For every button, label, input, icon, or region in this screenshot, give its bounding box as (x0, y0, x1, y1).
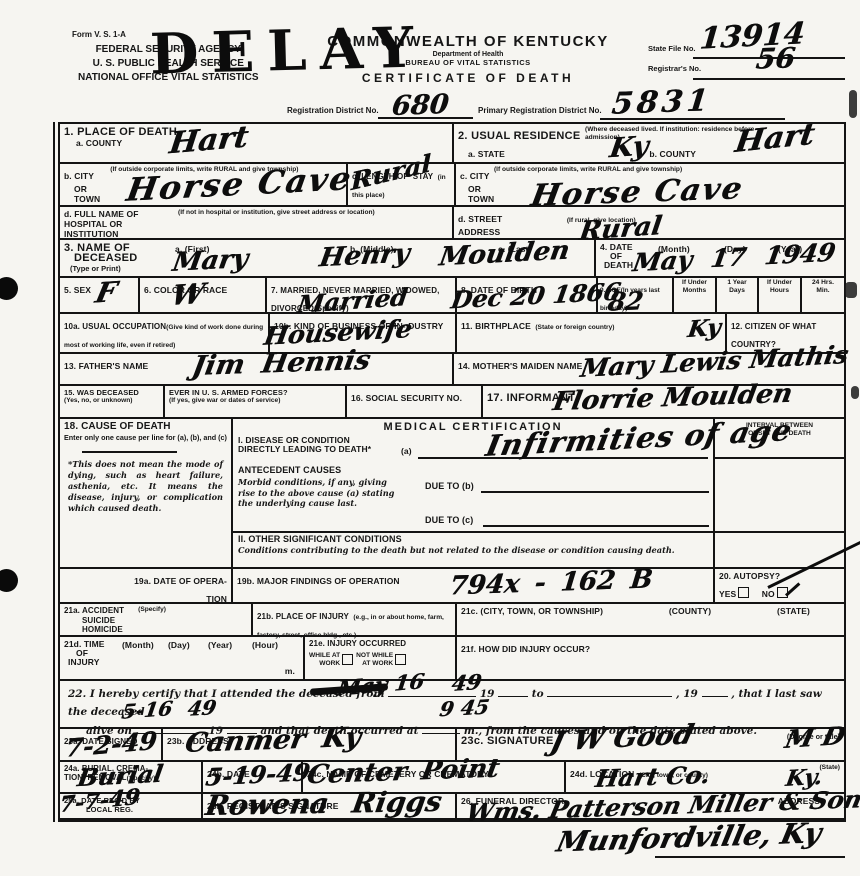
field-cause-of-death: 18. CAUSE OF DEATH Enter only one cause … (60, 419, 233, 567)
interval-rule-1 (715, 457, 844, 459)
other-conditions-note: Conditions contributing to the death but… (238, 545, 708, 555)
hw-signature: J W Good (548, 721, 696, 755)
age-c4a: 24 Hrs. (803, 279, 843, 287)
hw-certify-alive-date: 5-16 (120, 698, 174, 721)
certify-blank-y2 (702, 688, 728, 697)
death-certificate-scan: Form V. S. 1-A FEDERAL SECURITY AGENCY U… (0, 0, 860, 876)
street-address-label: d. STREET (458, 214, 502, 224)
punch-hole-top (0, 277, 18, 300)
not-while-1: NOT WHILE (356, 652, 393, 660)
form-number: Form V. S. 1-A (72, 30, 126, 39)
age-c3b: Hours (760, 287, 799, 295)
toi-year: (Year) (208, 640, 232, 650)
hw-cemetery-name: Center Point (305, 756, 501, 789)
hw-birthplace: Ky (686, 316, 722, 341)
hw-last-name: Moulden (437, 238, 571, 271)
city-of-death-label: b. CITY (64, 171, 94, 181)
toi-hour: (Hour) (252, 640, 278, 650)
toi-m: m. (285, 666, 295, 676)
certify-blank-to (547, 688, 672, 697)
age-c1b: Months (675, 287, 714, 295)
hw-funeral-director-address: Munfordville, Ky (554, 819, 824, 856)
not-while-2: AT WORK (356, 660, 393, 668)
dod-title-3: DEATH (604, 260, 633, 270)
scan-smudge-3 (851, 386, 859, 399)
form-row-11: 21a. ACCIDENT SUICIDE HOMICIDE (Specify)… (60, 604, 844, 637)
delay-stamp: DELAY (149, 14, 427, 87)
residence-city-label: c. CITY (460, 171, 490, 181)
hw-middle-name: Henry (317, 241, 411, 272)
autopsy-yes-checkbox (738, 587, 749, 598)
registrar-no-label: Registrar's No. (648, 64, 701, 73)
hw-residence-city: Horse Cave (529, 174, 746, 211)
armed-forces-label: EVER IN U. S. ARMED FORCES? (169, 388, 341, 397)
was-deceased-label: 15. WAS DECEASED (64, 388, 159, 397)
hospital-label-1: d. FULL NAME OF (64, 209, 139, 219)
field-how-injury-occurred: 21f. HOW DID INJURY OCCUR? (457, 637, 844, 679)
injury-city-label: 21c. (CITY, TOWN, OR TOWNSHIP) (461, 606, 603, 616)
bottom-stray-rule (655, 856, 845, 858)
hw-date-signed: 7-2-49 (64, 728, 158, 761)
ssn-label: 16. SOCIAL SECURITY NO. (351, 393, 462, 403)
age-c3a: If Under (760, 279, 799, 287)
operation-date-label: 19a. DATE OF OPERA- (134, 576, 227, 586)
disease-label-2: DIRECTLY LEADING TO DEATH* (238, 444, 371, 454)
primary-district-number: 5831 (610, 86, 713, 119)
signature-label: 23c. SIGNATURE (461, 735, 554, 747)
toi-month: (Month) (122, 640, 154, 650)
autopsy-yes-label: YES (719, 589, 736, 599)
registration-district-number: 680 (390, 91, 449, 120)
injury-occurred-label: 21e. INJURY OCCURRED (309, 639, 451, 649)
county-of-death-label: a. COUNTY (76, 138, 448, 148)
field-was-deceased: 15. WAS DECEASED (Yes, no, or unknown) (60, 386, 165, 417)
hw-marital-status: Married (296, 285, 409, 317)
form-row-3: d. FULL NAME OF HOSPITAL OR INSTITUTION … (60, 207, 844, 240)
not-while-at-work-checkbox (395, 654, 406, 665)
ash-labels: 21a. ACCIDENT SUICIDE HOMICIDE (64, 606, 124, 635)
scan-smudge-2 (845, 282, 857, 298)
hw-residence-state: Ky (608, 133, 650, 163)
ash-note: (Specify) (138, 606, 166, 635)
place-of-injury-label: 21b. PLACE OF INJURY (257, 612, 349, 621)
due-to-c-label: DUE TO (c) (425, 515, 473, 526)
field-age-days: 1 Year Days (717, 278, 759, 312)
place-of-death-title: 1. PLACE OF DEATH (64, 126, 448, 138)
certify-to: to (532, 688, 544, 700)
ash-label-1: 21a. ACCIDENT (64, 606, 124, 616)
while-at-work-label: WHILE AT WORK (309, 652, 340, 668)
cause-note1: Enter only one cause per line for (a), (… (64, 434, 227, 443)
hw-certify-from-year: 49 (450, 671, 483, 694)
armed-forces-note: (If yes, give war or dates of service) (169, 397, 341, 405)
age-c4b: Min. (803, 287, 843, 295)
ash-label-3: HOMICIDE (82, 625, 124, 635)
age-c1a: If Under (675, 279, 714, 287)
residence-county-label: b. COUNTY (649, 149, 696, 159)
cause-title: 18. CAUSE OF DEATH (64, 421, 227, 433)
residence-state-label: a. STATE (468, 149, 505, 159)
field-date-of-operation: 19a. DATE OF OPERA- TION (60, 569, 233, 602)
birthplace-label: 11. BIRTHPLACE (461, 321, 531, 331)
hw-certify-time: 9 45 (438, 697, 490, 720)
disease-a-tag: (a) (401, 446, 412, 456)
father-name-label: 13. FATHER'S NAME (64, 361, 148, 371)
mother-name-label: 14. MOTHER'S MAIDEN NAME (458, 361, 582, 371)
field-age-months: If Under Months (674, 278, 717, 312)
while-at-work-1: WHILE AT (309, 652, 340, 660)
hw-color-race: W (169, 280, 207, 310)
certify-19-2: , 19 (676, 688, 698, 700)
other-conditions-block: II. OTHER SIGNIFICANT CONDITIONS Conditi… (233, 531, 713, 556)
hospital-label-3: INSTITUTION (64, 229, 118, 239)
interval-rule-2 (715, 531, 844, 533)
primary-district-label: Primary Registration District No. (478, 106, 602, 115)
due-to-c-rule (483, 525, 709, 527)
hw-street-address: Rural (578, 213, 664, 245)
hw-signature-degree: M D (783, 723, 847, 752)
field-autopsy: 20. AUTOPSY? YES NO (715, 569, 844, 602)
field-armed-forces: EVER IN U. S. ARMED FORCES? (If yes, giv… (165, 386, 347, 417)
morbid-note: Morbid conditions, if any, giving rise t… (238, 477, 406, 509)
while-at-work-checkbox (342, 654, 353, 665)
other-conditions-title: II. OTHER SIGNIFICANT CONDITIONS (238, 534, 708, 545)
field-injury-location: 21c. (CITY, TOWN, OR TOWNSHIP) (COUNTY) … (457, 604, 844, 635)
was-deceased-note: (Yes, no, or unknown) (64, 397, 159, 405)
cause-divider (82, 451, 177, 453)
ash-label-2: SUICIDE (82, 616, 124, 626)
not-while-at-work-label: NOT WHILE AT WORK (356, 652, 393, 668)
how-injury-label: 21f. HOW DID INJURY OCCUR? (461, 644, 590, 654)
hw-age: 82 (606, 288, 645, 314)
major-findings-label: 19b. MAJOR FINDINGS OF OPERATION (237, 576, 400, 586)
name-sub: (Type or Print) (70, 264, 121, 273)
hw-signer-address: Canmer Ky (183, 724, 363, 757)
occupation-label: 10a. USUAL OCCUPATION (64, 322, 166, 331)
due-to-b-rule (481, 491, 709, 493)
field-ssn: 16. SOCIAL SECURITY NO. (347, 386, 483, 417)
injury-state-label: (STATE) (777, 606, 810, 616)
field-age-min: 24 Hrs. Min. (802, 278, 844, 312)
hw-burial-date: 5-19-49 (204, 760, 311, 789)
antecedent-label: ANTECEDENT CAUSES (238, 465, 341, 476)
hw-registrar-signature: Rowena Riggs (203, 788, 443, 820)
hw-first-name: Mary (171, 246, 250, 276)
hospital-note: (If not in hospital or institution, give… (178, 209, 428, 240)
sex-label: 5. SEX (64, 285, 91, 295)
state-file-label: State File No. (648, 44, 696, 53)
birthplace-note: (State or foreign country) (535, 324, 614, 331)
field-hospital-name: d. FULL NAME OF HOSPITAL OR INSTITUTION … (60, 207, 454, 238)
due-to-b-label: DUE TO (b) (425, 481, 474, 492)
hw-county-of-death: Hart (168, 123, 250, 160)
certify-blank-y1 (498, 688, 528, 697)
field-accident-suicide-homicide: 21a. ACCIDENT SUICIDE HOMICIDE (Specify) (60, 604, 253, 635)
hw-burial-location-county: Hart Co. (593, 763, 711, 791)
toi-label-3: INJURY (68, 657, 99, 667)
hw-industry: Housewife (262, 316, 414, 349)
name-title-2: DECEASED (74, 252, 138, 264)
field-occupation: 10a. USUAL OCCUPATION(Give kind of work … (60, 314, 270, 352)
field-age-hours: If Under Hours (759, 278, 802, 312)
injury-county-label: (COUNTY) (669, 606, 711, 616)
hospital-label-2: HOSPITAL OR (64, 219, 122, 229)
hw-certify-alive-year: 49 (186, 697, 217, 718)
scan-smudge-1 (849, 90, 857, 118)
autopsy-no-label: NO (762, 589, 775, 599)
field-time-of-injury: 21d. TIME OF INJURY (Month) (Day) (Year)… (60, 637, 305, 679)
usual-residence-title: 2. USUAL RESIDENCE (458, 130, 581, 142)
registration-district-label: Registration District No. (287, 106, 379, 115)
hw-major-findings: 794x - 162 B (448, 566, 654, 599)
age-c2b: Days (718, 287, 756, 295)
toi-day: (Day) (168, 640, 190, 650)
hw-father-name: Jim Hennis (190, 347, 372, 380)
field-place-of-injury: 21b. PLACE OF INJURY (e.g., in or about … (253, 604, 457, 635)
hospital-label: d. FULL NAME OF HOSPITAL OR INSTITUTION (64, 209, 174, 240)
registrar-no-rule (693, 78, 845, 80)
certificate-form: 1. PLACE OF DEATH a. COUNTY 2. USUAL RES… (58, 122, 846, 822)
registrar-number: 56 (754, 44, 796, 73)
punch-hole-bottom (0, 569, 18, 592)
operation-date-label2: TION (206, 594, 227, 604)
age-c2a: 1 Year (718, 279, 756, 287)
while-at-work-2: WORK (309, 660, 340, 668)
hw-residence-county: Hart (733, 120, 816, 158)
cause-note2: *This does not mean the mode of dying, s… (64, 459, 227, 514)
